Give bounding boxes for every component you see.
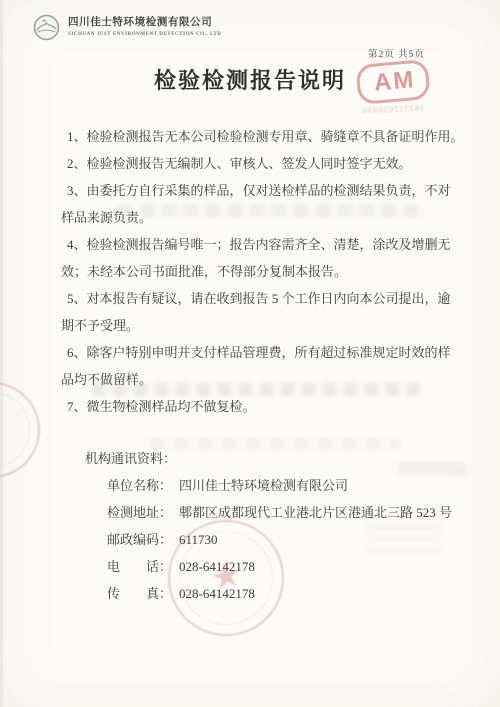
scan-edge-shadow — [0, 0, 3, 707]
note-line: 3、由委托方自行采集的样品，仅对送检样品的检测结果负责，不对 — [61, 177, 457, 204]
contact-label: 单位名称： — [107, 478, 172, 493]
report-page: 四川佳士特环境检测有限公司 SICHUAN JUST ENVIRONMENT D… — [0, 0, 500, 707]
contact-heading: 机构通讯资料： — [85, 445, 452, 472]
contact-row: 邮政编码：611730 — [107, 526, 452, 553]
contact-label: 检测地址： — [107, 505, 172, 520]
note-line: 4、检验检测报告编号唯一；报告内容需齐全、清楚，涂改及增删无 — [61, 231, 457, 258]
contact-label: 电 话： — [107, 559, 172, 574]
company-name: 四川佳士特环境检测有限公司 — [68, 14, 221, 29]
contact-label: 传 真： — [107, 586, 172, 601]
company-seal-stamp: ★ — [168, 520, 284, 636]
contact-value: 四川佳士特环境检测有限公司 — [179, 478, 348, 493]
company-header-text: 四川佳士特环境检测有限公司 SICHUAN JUST ENVIRONMENT D… — [68, 14, 221, 37]
note-line: 1、检验检测报告无本公司检验检测专用章、骑缝章不具备证明作用。 — [61, 123, 457, 150]
contact-row: 单位名称：四川佳士特环境检测有限公司 — [107, 472, 452, 499]
cma-stamp: MA — [355, 59, 430, 105]
note-line: 2、检验检测报告无编制人、审核人、签发人同时签字无效。 — [61, 150, 457, 177]
cma-stamp-text: MA — [371, 66, 415, 97]
partial-seal-stamp — [0, 382, 40, 478]
report-notes-list: 1、检验检测报告无本公司检验检测专用章、骑缝章不具备证明作用。2、检验检测报告无… — [61, 123, 457, 420]
note-line: 7、微生物检测样品均不做复检。 — [61, 393, 457, 420]
contact-row: 检测地址：郫都区成都现代工业港北片区港通北三路 523 号 — [107, 499, 452, 526]
contact-value: 郫都区成都现代工业港北片区港通北三路 523 号 — [179, 505, 452, 520]
seal-inner-ring — [0, 392, 30, 468]
note-line: 期不予受理。 — [61, 312, 457, 339]
company-logo-icon — [33, 14, 60, 46]
page-number: 第2页 共5页 — [368, 46, 425, 60]
note-line: 6、除客户特别申明并支付样品管理费，所有超过标准规定时效的样 — [61, 339, 457, 366]
cma-stamp-number: 162312050030 — [350, 104, 436, 116]
note-line: 5、对本报告有疑议，请在收到报告 5 个工作日内向本公司提出，逾 — [61, 285, 457, 312]
note-line: 样品来源负责。 — [61, 204, 457, 231]
company-header: 四川佳士特环境检测有限公司 SICHUAN JUST ENVIRONMENT D… — [33, 14, 221, 46]
note-line: 品均不做留样。 — [61, 366, 457, 393]
company-name-english: SICHUAN JUST ENVIRONMENT DETECTION CO., … — [68, 32, 221, 37]
note-line: 效；未经本公司书面批准，不得部分复制本报告。 — [61, 258, 457, 285]
contact-label: 邮政编码： — [107, 532, 172, 547]
